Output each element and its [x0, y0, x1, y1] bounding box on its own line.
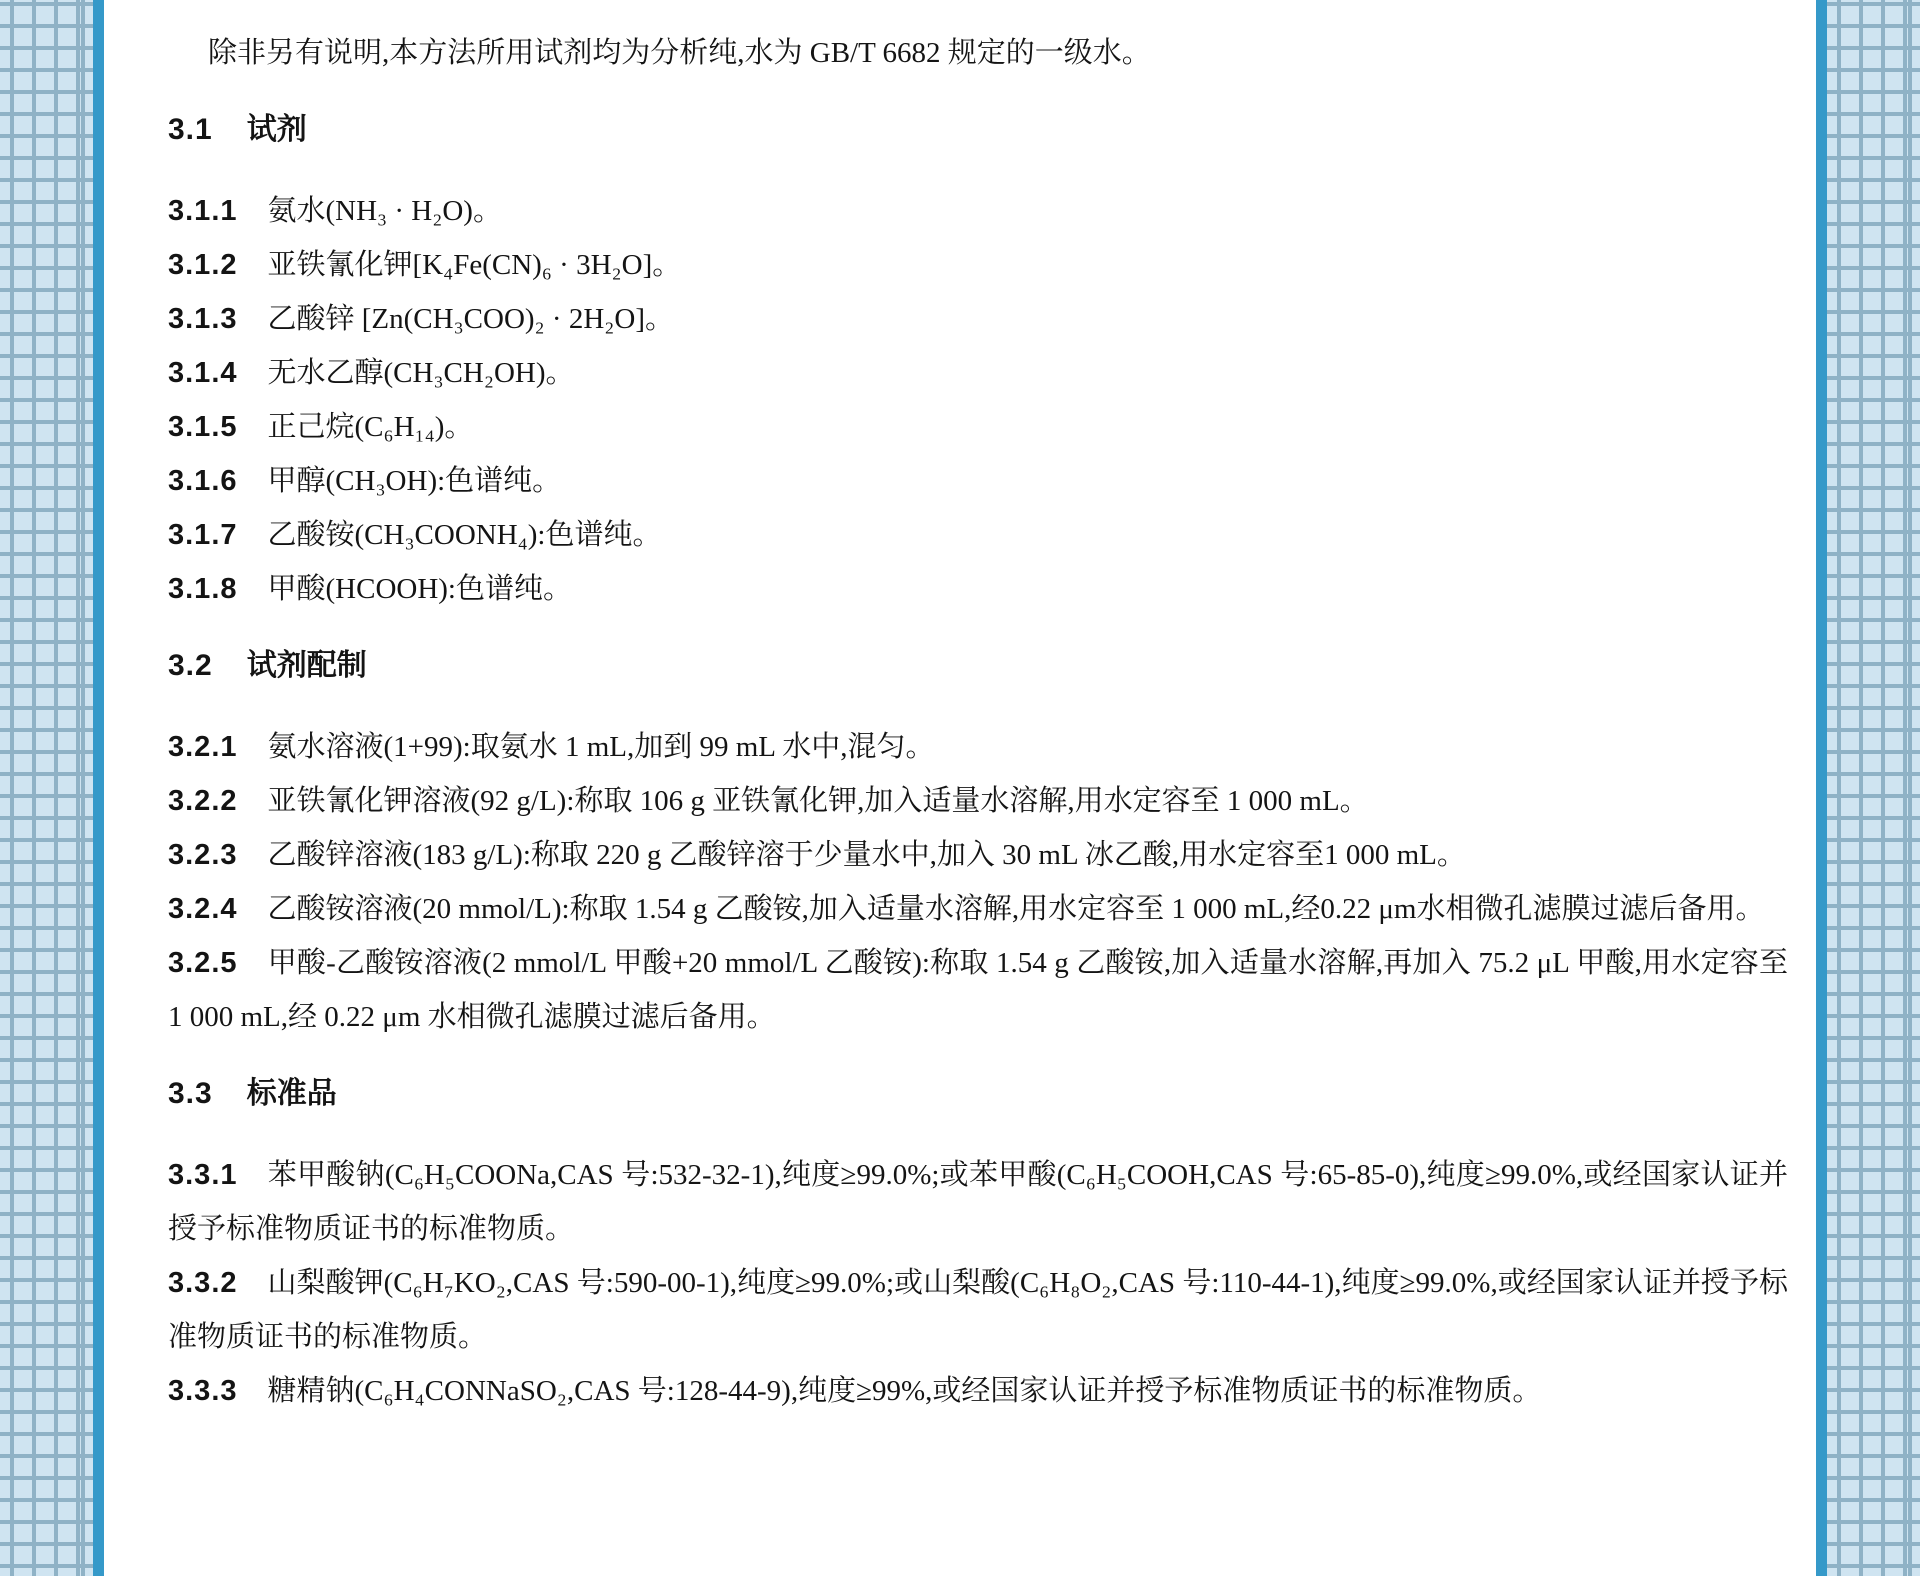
clause-item-3-1-1: 3.1.1氨水(NH₃ · H₂O)。	[168, 184, 1788, 238]
document-content: 除非另有说明,本方法所用试剂均为分析纯,水为 GB/T 6682 规定的一级水。…	[168, 0, 1788, 1418]
section-title: 试剂	[247, 113, 307, 146]
clause-number: 3.3.3	[168, 1375, 238, 1407]
clause-number: 3.2.5	[168, 947, 238, 979]
clause-number: 3.2.1	[168, 731, 238, 763]
clause-number: 3.2.2	[168, 785, 238, 817]
clause-text: 无水乙醇(CH₃CH₂OH)。	[268, 357, 575, 389]
clause-text: 糖精钠(C₆H₄CONNaSO₂,CAS 号:128-44-9),纯度≥99%,…	[268, 1375, 1542, 1407]
clause-number: 3.1.1	[168, 195, 238, 227]
section-number: 3.3	[168, 1077, 213, 1110]
clause-number: 3.1.4	[168, 357, 238, 389]
clause-item-3-1-2: 3.1.2亚铁氰化钾[K₄Fe(CN)₆ · 3H₂O]。	[168, 238, 1788, 292]
clause-item-3-2-1: 3.2.1氨水溶液(1+99):取氨水 1 mL,加到 99 mL 水中,混匀。	[168, 720, 1788, 774]
clause-text: 乙酸锌 [Zn(CH₃COO)₂ · 2H₂O]。	[268, 303, 674, 335]
clause-text: 乙酸锌溶液(183 g/L):称取 220 g 乙酸锌溶于少量水中,加入 30 …	[268, 839, 1466, 871]
right-border-stripe	[1816, 0, 1827, 1576]
section-number: 3.1	[168, 113, 213, 146]
clause-item-3-1-5: 3.1.5正己烷(C₆H₁₄)。	[168, 400, 1788, 454]
clause-number: 3.2.4	[168, 893, 238, 925]
clause-text: 甲酸(HCOOH):色谱纯。	[268, 573, 573, 605]
clause-number: 3.1.5	[168, 411, 238, 443]
clause-number: 3.1.7	[168, 519, 238, 551]
clause-item-3-2-5: 3.2.5甲酸-乙酸铵溶液(2 mmol/L 甲酸+20 mmol/L 乙酸铵)…	[168, 936, 1788, 1044]
clause-text: 山梨酸钾(C₆H₇KO₂,CAS 号:590-00-1),纯度≥99.0%;或山…	[168, 1267, 1788, 1353]
section-heading-3-3: 3.3标准品	[168, 1067, 1788, 1121]
clause-item-3-3-3: 3.3.3糖精钠(C₆H₄CONNaSO₂,CAS 号:128-44-9),纯度…	[168, 1364, 1788, 1418]
section-number: 3.2	[168, 649, 213, 682]
clause-item-3-2-4: 3.2.4乙酸铵溶液(20 mmol/L):称取 1.54 g 乙酸铵,加入适量…	[168, 882, 1788, 936]
clause-text: 亚铁氰化钾溶液(92 g/L):称取 106 g 亚铁氰化钾,加入适量水溶解,用…	[268, 785, 1369, 817]
clause-number: 3.1.3	[168, 303, 238, 335]
clause-item-3-3-1: 3.3.1苯甲酸钠(C₆H₅COONa,CAS 号:532-32-1),纯度≥9…	[168, 1148, 1788, 1256]
clause-number: 3.2.3	[168, 839, 238, 871]
clause-number: 3.1.6	[168, 465, 238, 497]
clause-item-3-1-4: 3.1.4无水乙醇(CH₃CH₂OH)。	[168, 346, 1788, 400]
clause-item-3-3-2: 3.3.2山梨酸钾(C₆H₇KO₂,CAS 号:590-00-1),纯度≥99.…	[168, 1256, 1788, 1364]
section-title: 试剂配制	[247, 649, 367, 682]
clause-text: 氨水溶液(1+99):取氨水 1 mL,加到 99 mL 水中,混匀。	[268, 731, 935, 763]
clause-number: 3.3.1	[168, 1159, 238, 1191]
section-heading-3-2: 3.2试剂配制	[168, 639, 1788, 693]
clause-text: 甲酸-乙酸铵溶液(2 mmol/L 甲酸+20 mmol/L 乙酸铵):称取 1…	[168, 947, 1788, 1033]
standard-document-page: { "decor": { "grid_fill": "#cfe4f1", "gr…	[0, 0, 1920, 1576]
clause-text: 正己烷(C₆H₁₄)。	[268, 411, 474, 443]
section-title: 标准品	[247, 1077, 337, 1110]
clause-item-3-1-6: 3.1.6甲醇(CH₃OH):色谱纯。	[168, 454, 1788, 508]
clause-item-3-1-8: 3.1.8甲酸(HCOOH):色谱纯。	[168, 562, 1788, 616]
left-border-grid-pattern	[0, 0, 93, 1576]
clause-text: 亚铁氰化钾[K₄Fe(CN)₆ · 3H₂O]。	[268, 249, 682, 281]
clause-item-3-2-2: 3.2.2亚铁氰化钾溶液(92 g/L):称取 106 g 亚铁氰化钾,加入适量…	[168, 774, 1788, 828]
clause-number: 3.1.2	[168, 249, 238, 281]
clause-text: 苯甲酸钠(C₆H₅COONa,CAS 号:532-32-1),纯度≥99.0%;…	[168, 1159, 1788, 1245]
clause-number: 3.3.2	[168, 1267, 238, 1299]
section-heading-3-1: 3.1试剂	[168, 103, 1788, 157]
clause-item-3-2-3: 3.2.3乙酸锌溶液(183 g/L):称取 220 g 乙酸锌溶于少量水中,加…	[168, 828, 1788, 882]
clause-text: 乙酸铵(CH₃COONH₄):色谱纯。	[268, 519, 662, 551]
clause-text: 乙酸铵溶液(20 mmol/L):称取 1.54 g 乙酸铵,加入适量水溶解,用…	[268, 893, 1765, 925]
clause-item-3-1-3: 3.1.3乙酸锌 [Zn(CH₃COO)₂ · 2H₂O]。	[168, 292, 1788, 346]
clause-item-3-1-7: 3.1.7乙酸铵(CH₃COONH₄):色谱纯。	[168, 508, 1788, 562]
intro-paragraph: 除非另有说明,本方法所用试剂均为分析纯,水为 GB/T 6682 规定的一级水。	[168, 26, 1788, 80]
clause-number: 3.1.8	[168, 573, 238, 605]
clause-text: 氨水(NH₃ · H₂O)。	[268, 195, 502, 227]
left-border-stripe	[93, 0, 104, 1576]
right-border-grid-pattern	[1827, 0, 1920, 1576]
clause-text: 甲醇(CH₃OH):色谱纯。	[268, 465, 562, 497]
